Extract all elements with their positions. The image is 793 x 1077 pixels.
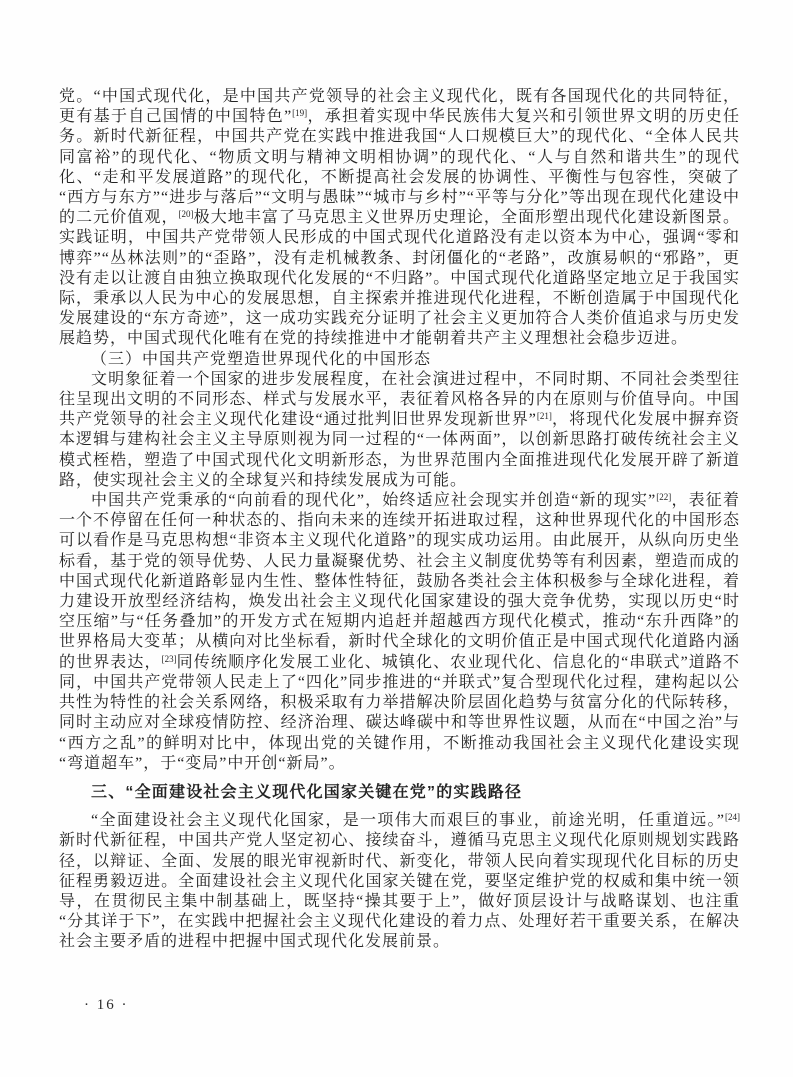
footnote-reference: [24] [725,812,740,822]
footnote-reference: [19] [292,108,307,118]
footnote-reference: [21] [537,411,552,421]
paragraph: 文明象征着一个国家的进步发展程度，在社会演进过程中，不同时期、不同社会类型往往呈… [59,370,740,491]
footnote-reference: [23] [162,654,177,664]
paragraph: 中国共产党秉承的“向前看的现代化”，始终适应社会现实并创造“新的现实”[22]，… [59,491,740,774]
section-heading: 三、“全面建设社会主义现代化国家关键在党”的实践路径 [59,783,740,803]
paragraph: 党。“中国式现代化，是中国共产党领导的社会主义现代化，既有各国现代化的共同特征，… [59,87,740,350]
footnote-reference: [20] [179,209,194,219]
paragraph: “全面建设社会主义现代化国家，是一项伟大而艰巨的事业，前途光明，任重道远。”[2… [59,811,740,952]
sub-heading: （三）中国共产党塑造世界现代化的中国形态 [59,350,740,370]
footnote-reference: [22] [656,492,671,502]
scanned-paper-page: 党。“中国式现代化，是中国共产党领导的社会主义现代化，既有各国现代化的共同特征，… [0,0,793,1077]
page-body: 党。“中国式现代化，是中国共产党领导的社会主义现代化，既有各国现代化的共同特征，… [59,87,740,953]
page-number: · 16 · [84,997,129,1014]
